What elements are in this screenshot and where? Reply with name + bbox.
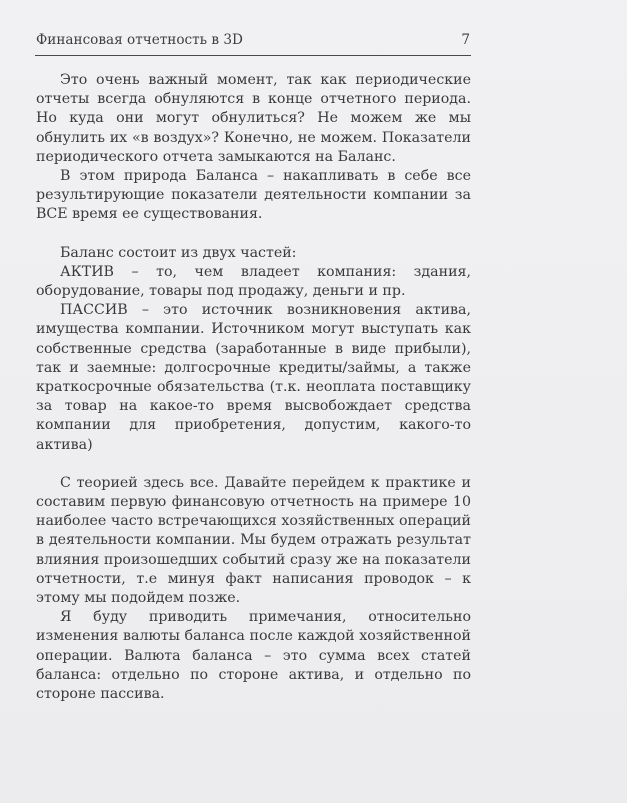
book-page: Финансовая отчетность в 3D 7 Это очень в… [0,0,627,803]
page-body: Это очень важный момент, так как периоди… [36,71,471,704]
paragraph-practice: С теорией здесь все. Давайте перейдем к … [36,474,471,608]
paragraph-balance-currency: Я буду приводить примечания, относительн… [36,608,471,704]
paragraph-assets: АКТИВ – то, чем владеет компания: здания… [36,263,471,301]
paragraph-liabilities: ПАССИВ – это источник возникновения акти… [36,301,471,455]
paragraph-balance-nature: В этом природа Баланса – накапливать в с… [36,167,471,225]
header-rule [35,55,471,56]
page-number: 7 [461,32,470,48]
running-header: Финансовая отчетность в 3D 7 [36,32,470,48]
paragraph-balance-parts: Баланс состоит из двух частей: [36,244,471,263]
paragraph-periodic-reports: Это очень важный момент, так как периоди… [36,71,471,167]
running-title: Финансовая отчетность в 3D [36,32,243,48]
